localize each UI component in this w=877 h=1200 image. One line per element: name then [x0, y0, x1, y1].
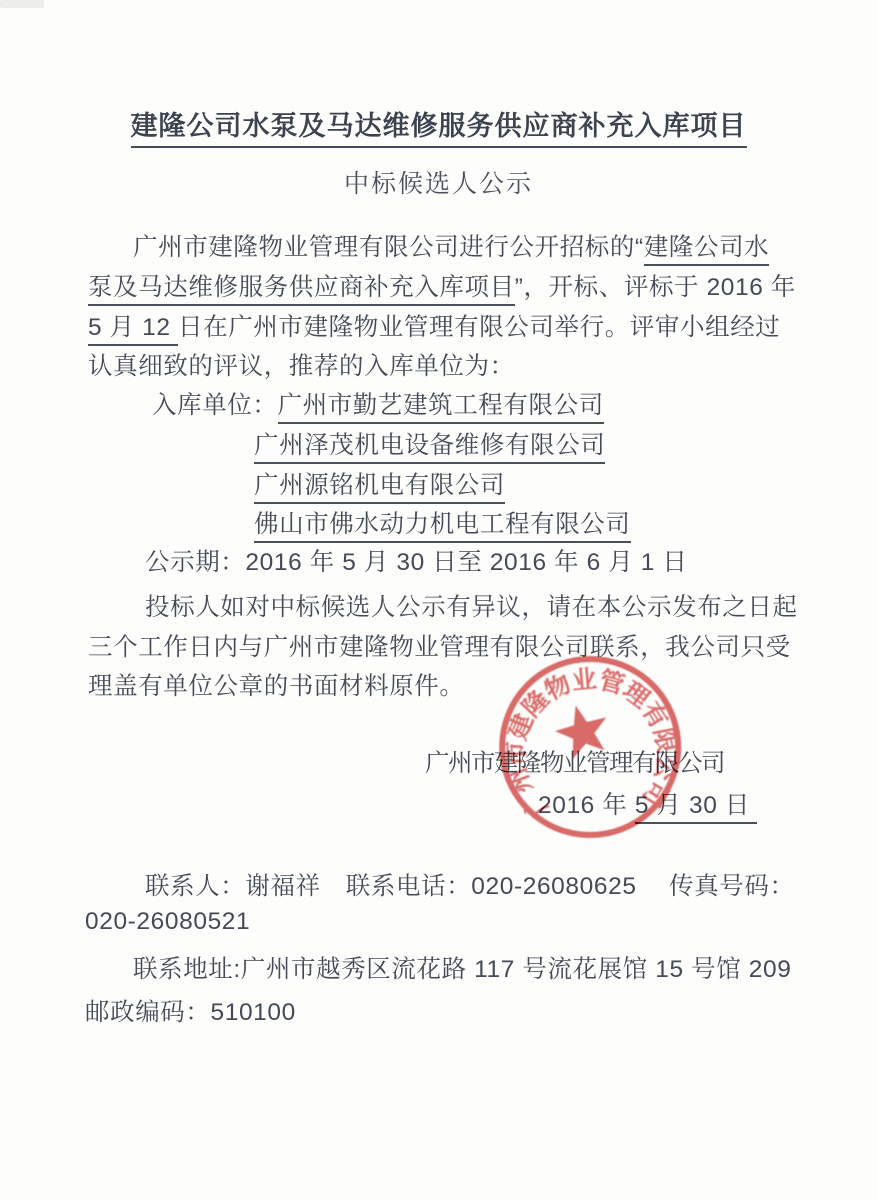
publicity-period-line: 公示期：2016 年 5 月 30 日至 2016 年 6 月 1 日 [145, 543, 688, 578]
text-segment: 投标人如对中标候选人公示有异议，请在本公示发布之日起 [145, 594, 798, 621]
underlined-text-segment: 广州源铭机电有限公司 [254, 472, 505, 504]
objection-line-1: 投标人如对中标候选人公示有异议，请在本公示发布之日起 [145, 588, 798, 623]
text-segment: 广州市建隆物业管理有限公司 [425, 750, 724, 777]
signature-company: 广州市建隆物业管理有限公司 [425, 744, 724, 779]
body-line-1: 广州市建隆物业管理有限公司进行公开招标的“建隆公司水 [133, 228, 769, 263]
text-segment: 2016 年 [538, 792, 635, 819]
contact-line-1: 联系人：谢福祥 联系电话：020-26080625 传真号码： [145, 867, 795, 902]
text-segment: 020-26080521 [85, 908, 250, 935]
underlined-text-segment: 泵及马达维修服务供应商补充入库项目 [88, 274, 515, 306]
text-segment: 联系地址:广州市越秀区流花路 117 号流花展馆 15 号馆 209 [133, 956, 791, 983]
winner-line-4: 佛山市佛水动力机电工程有限公司 [254, 505, 631, 540]
body-line-3: 5 月 12 日在广州市建隆物业管理有限公司举行。评审小组经过 [88, 308, 780, 343]
text-segment: 公示期：2016 年 5 月 30 日至 2016 年 6 月 1 日 [145, 549, 688, 576]
contact-line-3: 联系地址:广州市越秀区流花路 117 号流花展馆 15 号馆 209 [133, 950, 791, 985]
body-line-4: 认真细致的评议，推荐的入库单位为： [88, 347, 515, 382]
text-segment: 入库单位： [152, 392, 278, 419]
signature-date: 2016 年 5 月 30 日 [538, 786, 757, 821]
scan-artifact-smudge [0, 0, 44, 8]
text-segment: 三个工作日内与广州市建隆物业管理有限公司联系，我公司只受 [88, 634, 791, 661]
seal-char: 建 [504, 710, 539, 744]
winner-line-1: 入库单位：广州市勤艺建筑工程有限公司 [152, 386, 604, 421]
text-segment: 认真细致的评议，推荐的入库单位为： [88, 353, 515, 380]
contact-line-4: 邮政编码：510100 [85, 993, 296, 1028]
text-segment: 理盖有单位公章的书面材料原件。 [88, 673, 465, 700]
underlined-text-segment: 5 月 30 日 [635, 792, 758, 824]
seal-char: 物 [541, 670, 576, 706]
objection-line-2: 三个工作日内与广州市建隆物业管理有限公司联系，我公司只受 [88, 628, 791, 663]
underlined-text-segment: 佛山市佛水动力机电工程有限公司 [254, 511, 631, 543]
document-subtitle: 中标候选人公示 [0, 164, 877, 200]
text-segment: ”，开标、评标于 2016 年 [515, 274, 796, 301]
text-segment: 邮政编码：510100 [85, 999, 296, 1026]
objection-line-3: 理盖有单位公章的书面材料原件。 [88, 667, 465, 702]
underlined-text-segment: 建隆公司水 [644, 234, 770, 266]
contact-line-2: 020-26080521 [85, 908, 250, 936]
scanned-document-page: 建隆公司水泵及马达维修服务供应商补充入库项目 中标候选人公示 广州市建隆物业管理… [0, 0, 877, 1200]
underlined-text-segment: 广州泽茂机电设备维修有限公司 [254, 432, 605, 464]
seal-char: 业 [571, 665, 598, 695]
underlined-text-segment: 广州市勤艺建筑工程有限公司 [278, 392, 604, 424]
winner-line-2: 广州泽茂机电设备维修有限公司 [254, 426, 605, 461]
seal-char: 管 [596, 665, 628, 700]
text-segment: 广州市建隆物业管理有限公司进行公开招标的“ [133, 234, 644, 261]
seal-char: 理 [618, 676, 656, 714]
document-title: 建隆公司水泵及马达维修服务供应商补充入库项目 [0, 104, 877, 143]
underlined-text-segment: 5 月 12 [88, 314, 178, 346]
seal-char: 有 [636, 697, 673, 733]
text-segment: 联系人：谢福祥 联系电话：020-26080625 传真号码： [145, 873, 795, 900]
document-title-text: 建隆公司水泵及马达维修服务供应商补充入库项目 [131, 111, 747, 148]
body-line-2: 泵及马达维修服务供应商补充入库项目”，开标、评标于 2016 年 [88, 268, 796, 303]
winner-line-3: 广州源铭机电有限公司 [254, 466, 505, 501]
seal-char: 隆 [517, 685, 555, 722]
text-segment: 日在广州市建隆物业管理有限公司举行。评审小组经过 [178, 314, 780, 341]
